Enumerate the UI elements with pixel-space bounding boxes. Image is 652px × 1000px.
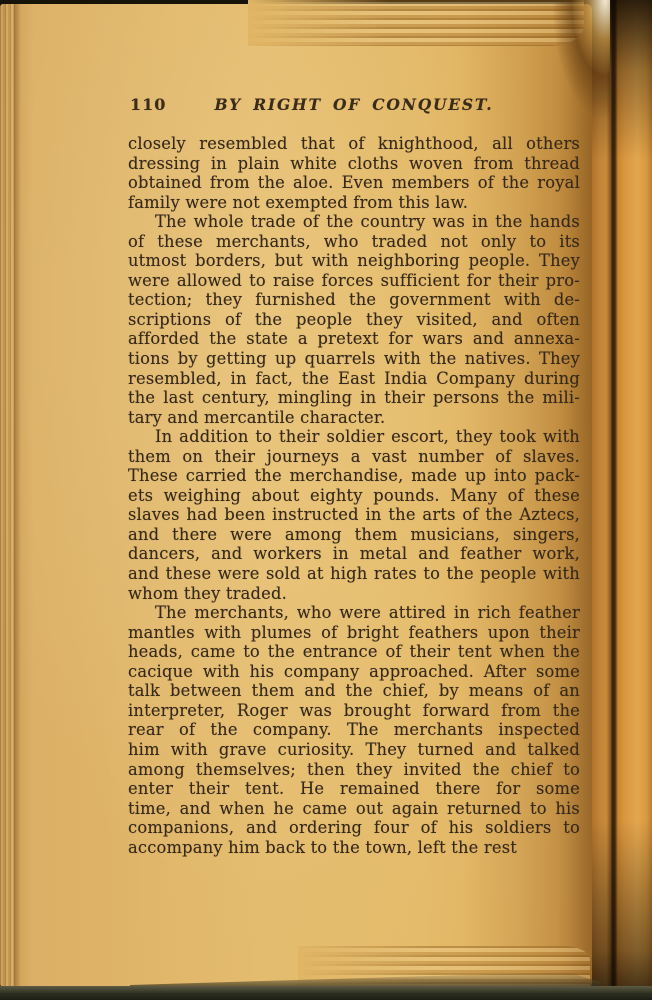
text-line: were allowed to raise forces sufficient … <box>128 271 580 291</box>
page-header: 110 BY RIGHT OF CONQUEST. <box>128 95 580 115</box>
paragraph: In addition to their soldier escort, the… <box>128 427 580 603</box>
paragraph: The whole trade of the country was in th… <box>128 212 580 427</box>
text-line: utmost borders, but with neighboring peo… <box>128 251 580 271</box>
page-curl-blur-top <box>248 0 584 46</box>
text-line: among themselves; then they invited the … <box>128 760 580 780</box>
page-crease-left <box>14 4 21 986</box>
paragraph: closely resembled that of knighthood, al… <box>128 134 580 212</box>
text-line: the last century, mingling in their pers… <box>128 388 580 408</box>
page-number: 110 <box>130 95 166 114</box>
text-line: dancers, and workers in metal and feathe… <box>128 544 580 564</box>
scan-border-bottom <box>0 986 652 1000</box>
text-line: ets weighing about eighty pounds. Many o… <box>128 486 580 506</box>
text-line: him with grave curiosity. They turned an… <box>128 740 580 760</box>
text-line: These carried the merchandise, made up i… <box>128 466 580 486</box>
text-line: In addition to their soldier escort, the… <box>128 427 580 447</box>
text-line: scriptions of the people they visited, a… <box>128 310 580 330</box>
text-line: dressing in plain white cloths woven fro… <box>128 154 580 174</box>
running-title: BY RIGHT OF CONQUEST. <box>128 95 580 114</box>
text-line: accompany him back to the town, left the… <box>128 838 580 858</box>
text-line: rear of the company. The merchants inspe… <box>128 720 580 740</box>
text-line: The merchants, who were attired in rich … <box>128 603 580 623</box>
text-line: and these were sold at high rates to the… <box>128 564 580 584</box>
text-line: of these merchants, who traded not only … <box>128 232 580 252</box>
text-line: cacique with his company approached. Aft… <box>128 662 580 682</box>
text-line: and there were among them musicians, sin… <box>128 525 580 545</box>
text-line: resembled, in fact, the East India Compa… <box>128 369 580 389</box>
text-line: The whole trade of the country was in th… <box>128 212 580 232</box>
text-line: time, and when he came out again returne… <box>128 799 580 819</box>
paragraph: The merchants, who were attired in rich … <box>128 603 580 857</box>
text-line: interpreter, Roger was brought forward f… <box>128 701 580 721</box>
text-line: heads, came to the entrance of their ten… <box>128 642 580 662</box>
page-edge-left <box>0 4 15 986</box>
text-line: tions by getting up quarrels with the na… <box>128 349 580 369</box>
text-line: companions, and ordering four of his sol… <box>128 818 580 838</box>
text-line: them on their journeys a vast number of … <box>128 447 580 467</box>
page-body: closely resembled that of knighthood, al… <box>128 134 580 857</box>
text-line: talk between them and the chief, by mean… <box>128 681 580 701</box>
text-line: whom they traded. <box>128 584 580 604</box>
text-line: afforded the state a pretext for wars an… <box>128 329 580 349</box>
text-line: family were not exempted from this law. <box>128 193 580 213</box>
text-line: slaves had been instructed in the arts o… <box>128 505 580 525</box>
text-line: closely resembled that of knighthood, al… <box>128 134 580 154</box>
text-line: obtained from the aloe. Even members of … <box>128 173 580 193</box>
text-line: tection; they furnished the government w… <box>128 290 580 310</box>
text-line: enter their tent. He remained there for … <box>128 779 580 799</box>
text-line: tary and mercantile character. <box>128 408 580 428</box>
text-line: mantles with plumes of bright feathers u… <box>128 623 580 643</box>
page-stack-right-edge <box>585 0 652 1000</box>
book-scan: 110 BY RIGHT OF CONQUEST. closely resemb… <box>0 0 652 1000</box>
